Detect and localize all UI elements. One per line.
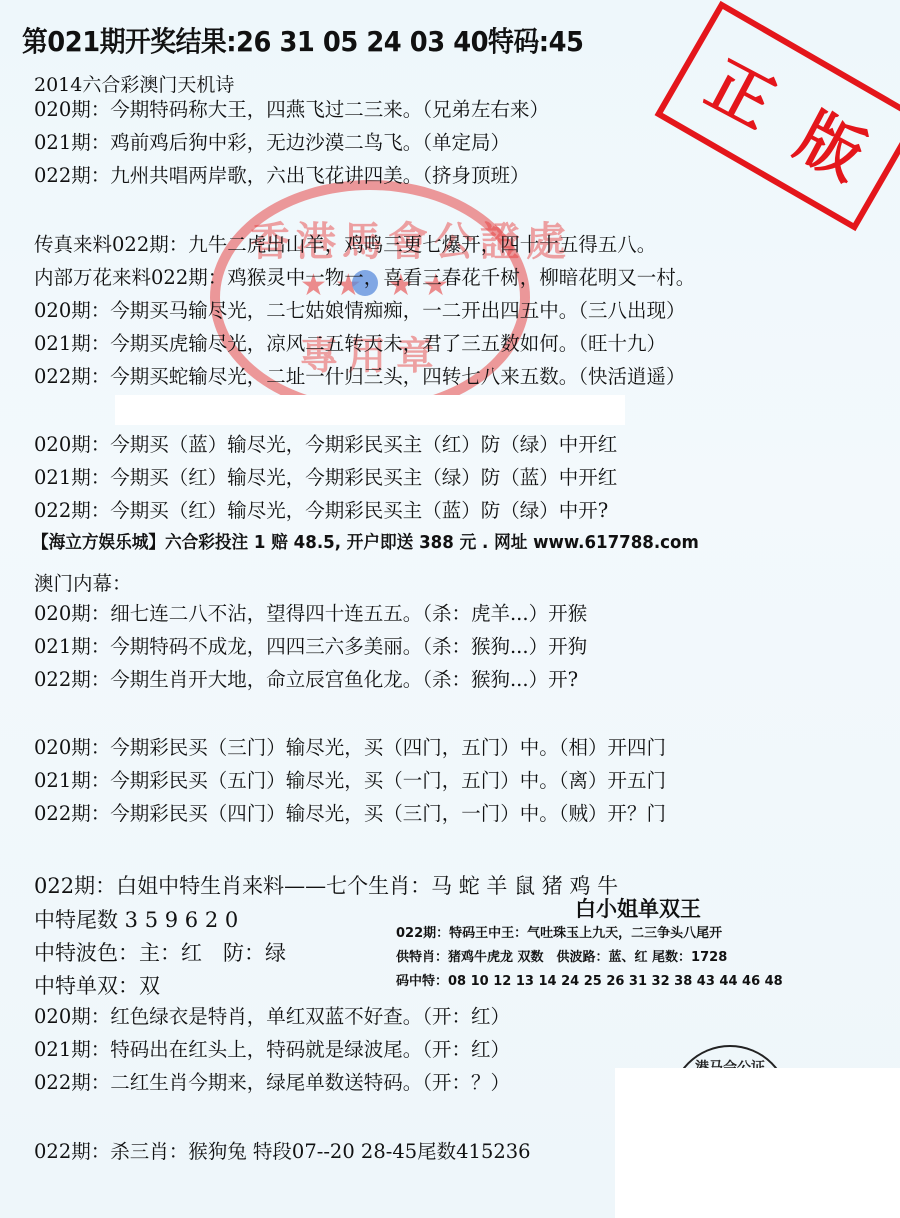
panel-line: 022期：特码王中王：气吐珠玉上九天，二三争头八尾开 (396, 922, 722, 941)
poem-heading: 2014六合彩澳门天机诗 (34, 70, 234, 97)
poem-line: 022期：九州共唱两岸歌，六出飞花讲四美。（挤身顶班） (34, 163, 529, 189)
fax-line: 021期：今期买虎输尽光，凉风二五转天未，君了三五数如何。（旺十九） (34, 331, 666, 357)
stamp-char: 正 (693, 34, 793, 145)
odd-even: 中特单双：双 (34, 970, 160, 1000)
wave-color: 中特波色：主：红 防：绿 (34, 937, 286, 967)
tail-numbers: 中特尾数 3 5 9 6 2 0 (34, 904, 238, 934)
gate-line: 021期：今期彩民买（五门）输尽光，买（一门，五门）中。（离）开五门 (34, 768, 666, 794)
fax-line: 022期：今期买蛇输尽光，二址一什归三头，四转七八来五数。（快活逍遥） (34, 364, 685, 390)
stamp-char: 版 (783, 86, 883, 197)
gate-line: 022期：今期彩民买（四门）输尽光，买（三门，一门）中。（贼）开？门 (34, 801, 666, 827)
fax-line: 内部万花来料022期：鸡猴灵中一物一，喜看三春花千树，柳暗花明又一村。 (34, 265, 695, 291)
casino-ad-banner: 【海立方娱乐城】六合彩投注 1 赔 48.5, 开户即送 388 元 . 网址 … (32, 529, 699, 554)
wave-poem-line: 020期：红色绿衣是特肖，单红双蓝不好查。（开：红） (34, 1004, 510, 1030)
official-version-stamp: 正 版 (655, 1, 900, 231)
macau-line: 021期：今期特码不成龙，四四三六多美丽。（杀：猴狗...）开狗 (34, 634, 587, 660)
zodiac-line: 022期：白姐中特生肖来料——七个生肖：马 蛇 羊 鼠 猪 鸡 牛 (34, 870, 618, 900)
color-line: 020期：今期买（蓝）输尽光，今期彩民买主（红）防（绿）中开红 (34, 432, 617, 458)
macau-line: 020期：细七连二八不沾，望得四十连五五。（杀：虎羊...）开猴 (34, 601, 587, 627)
kill-line: 022期：杀三肖：猴狗兔 特段07--20 28-45尾数415236 (34, 1139, 531, 1165)
panel-line: 供特肖：猪鸡牛虎龙 双数 供波路：蓝、红 尾数：1728 (396, 946, 727, 965)
fax-line: 020期：今期买马输尽光，二七姑娘情痴痴，一二开出四五中。（三八出现） (34, 298, 685, 324)
color-line: 022期：今期买（红）输尽光，今期彩民买主（蓝）防（绿）中开? (34, 498, 608, 524)
panel-line: 码中特：08 10 12 13 14 24 25 26 31 32 38 43 … (396, 970, 783, 989)
wave-poem-line: 022期：二红生肖今期来，绿尾单数送特码。（开：？） (34, 1070, 510, 1096)
macau-line: 022期：今期生肖开大地，命立辰宫鱼化龙。（杀：猴狗...）开? (34, 667, 578, 693)
color-line: 021期：今期买（红）输尽光，今期彩民买主（绿）防（蓝）中开红 (34, 465, 617, 491)
panel-title: 白小姐单双王 (575, 893, 701, 923)
draw-result-title: 第021期开奖结果:26 31 05 24 03 40特码:45 (22, 20, 584, 60)
blank-patch (115, 395, 625, 425)
macau-inside-heading: 澳门内幕： (34, 571, 132, 597)
fax-line: 传真来料022期：九牛二虎出山羊，鸡鸣三更七爆开，四十十五得五八。 (34, 232, 656, 258)
blank-patch (615, 1068, 900, 1218)
poem-line: 020期：今期特码称大王，四燕飞过二三来。（兄弟左右来） (34, 97, 549, 123)
gate-line: 020期：今期彩民买（三门）输尽光，买（四门，五门）中。（相）开四门 (34, 735, 666, 761)
wave-poem-line: 021期：特码出在红头上，特码就是绿波尾。（开：红） (34, 1037, 510, 1063)
poem-line: 021期：鸡前鸡后狗中彩，无边沙漠二鸟飞。（单定局） (34, 130, 510, 156)
